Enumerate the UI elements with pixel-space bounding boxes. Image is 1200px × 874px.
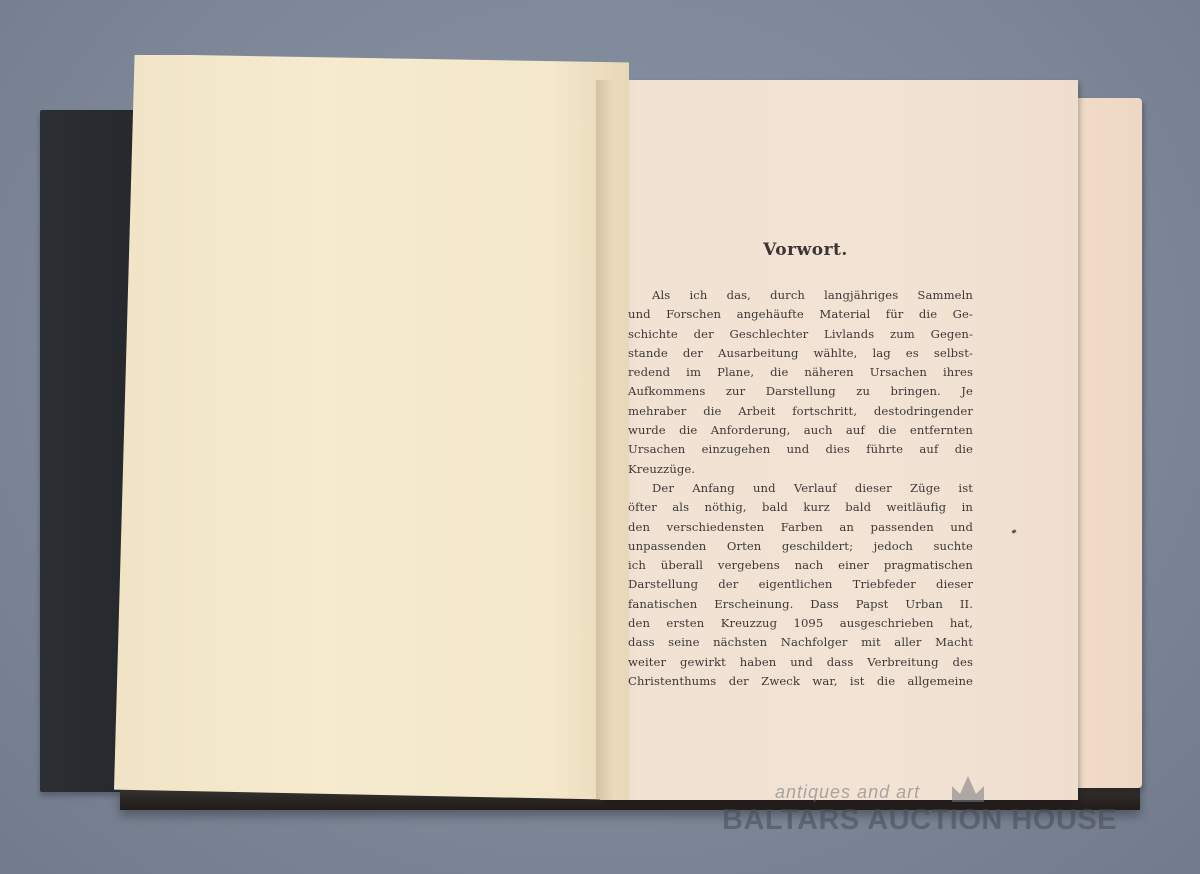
watermark-brand: BALTARS AUCTION HOUSE [722, 804, 1117, 837]
text-line: Darstellung der eigentlichen Triebfeder … [628, 575, 973, 594]
text-line: Ursachen einzugehen und dies führte auf … [628, 440, 973, 459]
page-gutter [596, 80, 614, 800]
text-line: weiter gewirkt haben und dass Verbreitun… [628, 653, 973, 672]
text-line: dass seine nächsten Nachfolger mit aller… [628, 633, 973, 652]
text-line: unpassenden Orten geschildert; jedoch su… [628, 537, 973, 556]
text-line: Der Anfang und Verlauf dieser Züge ist [628, 479, 973, 498]
text-line: ich überall vergebens nach einer pragmat… [628, 556, 973, 575]
right-page-text: Vorwort. Als ich das, durch langjähriges… [628, 240, 973, 691]
text-line: redend im Plane, die näheren Ursachen ih… [628, 363, 973, 382]
text-line: Als ich das, durch langjähriges Sammeln [628, 286, 973, 305]
text-line: öfter als nöthig, bald kurz bald weitläu… [628, 498, 973, 517]
left-blank-page [114, 55, 629, 800]
text-line: Christenthums der Zweck war, ist die all… [628, 672, 973, 691]
text-line: den verschiedensten Farben an passenden … [628, 518, 973, 537]
text-line: wurde die Anforderung, auch auf die entf… [628, 421, 973, 440]
text-line: Kreuzzüge. [628, 460, 973, 479]
text-line: Aufkommens zur Darstellung zu bringen. J… [628, 382, 973, 401]
text-line: mehraber die Arbeit fortschritt, destodr… [628, 402, 973, 421]
crown-icon [948, 774, 988, 804]
watermark-tagline: antiques and art [775, 782, 920, 803]
text-line: schichte der Geschlechter Livlands zum G… [628, 325, 973, 344]
text-line: fanatischen Erscheinung. Dass Papst Urba… [628, 595, 973, 614]
text-line: und Forschen angehäufte Material für die… [628, 305, 973, 324]
text-line: den ersten Kreuzzug 1095 ausgeschrieben … [628, 614, 973, 633]
page-title: Vorwort. [628, 240, 973, 260]
text-line: stande der Ausarbeitung wählte, lag es s… [628, 344, 973, 363]
